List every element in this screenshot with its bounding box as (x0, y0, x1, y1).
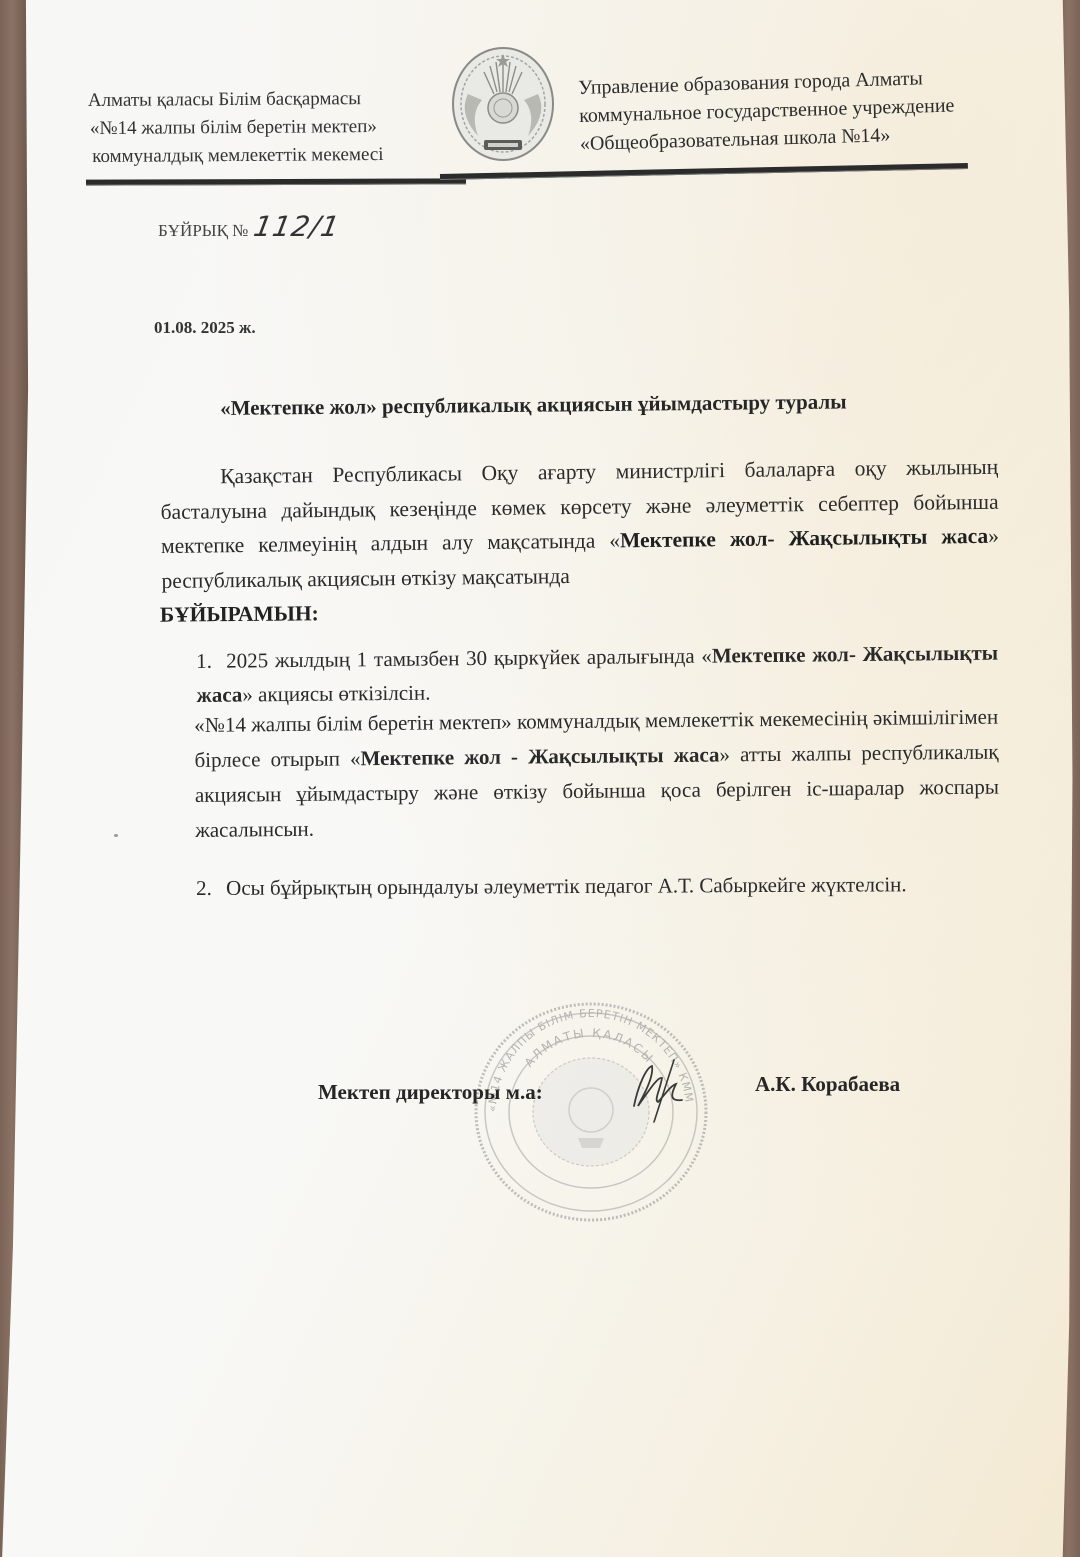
order-item-2: 2.Осы бұйрықтың орындалуы әлеуметтік пед… (196, 862, 936, 910)
order-date: 01.08. 2025 ж. (154, 318, 256, 338)
header-kz-line: коммуналдық мемлекеттік мекемесі (92, 141, 384, 171)
header-kz-line: «№14 жалпы білім беретін мектеп» (90, 113, 384, 143)
item-text: 2025 жылдың 1 тамызбен 30 қыркүйек аралы… (226, 644, 712, 673)
state-emblem-icon (448, 44, 558, 166)
item-number: 1. (196, 644, 226, 678)
signatory-title: Мектеп директоры м.а: (318, 1080, 543, 1105)
item-text: Осы бұйрықтың орындалуы әлеуметтік педаг… (226, 872, 907, 900)
decree-word: БҰЙЫРАМЫН: (160, 601, 319, 627)
order-number: БҰЙРЫҚ № 112/1 (158, 210, 340, 243)
header-kz-line: Алматы қаласы Білім басқармасы (88, 85, 384, 115)
header-russian: Управление образования города Алматы ком… (578, 64, 956, 158)
handwritten-signature-icon (624, 1056, 694, 1126)
paper-speck (114, 834, 118, 837)
action-name-bold: Мектепке жол- Жақсылықты жаса (620, 524, 988, 552)
item-number: 2. (196, 866, 226, 910)
header-kazakh: Алматы қаласы Білім басқармасы «№14 жалп… (88, 85, 384, 171)
signatory-name: А.К. Корабаева (755, 1072, 900, 1097)
item-text: » акциясы өткізілсін. (242, 681, 430, 707)
action-name-bold: Мектепке жол - Жақсылықты жаса (360, 743, 719, 771)
order-item-1-detail: «№14 жалпы білім беретін мектеп» коммуна… (194, 700, 999, 848)
order-number-handwritten: 112/1 (251, 210, 343, 243)
order-label: БҰЙРЫҚ № (158, 221, 248, 241)
preamble-paragraph: Қазақстан Республикасы Оқу ағарту минист… (160, 450, 1000, 598)
